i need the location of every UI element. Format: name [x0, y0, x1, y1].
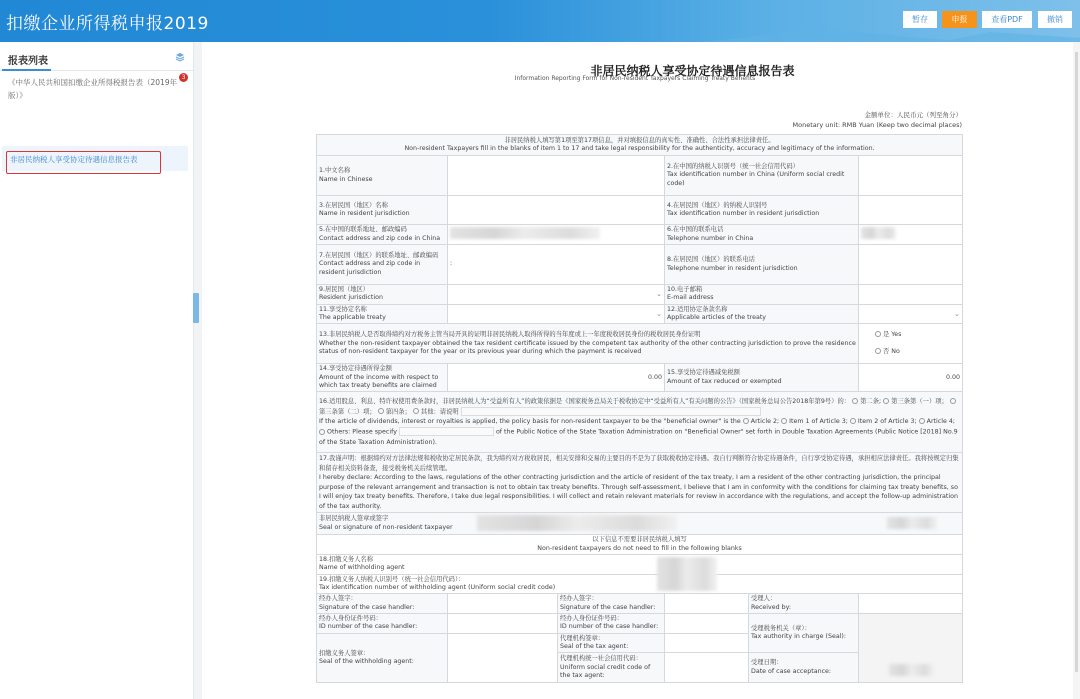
radio-circle-icon[interactable]: [743, 418, 749, 424]
field-f17-declaration: 17.我谨声明：根据缔约对方法律法规和税收协定居民条款，我为缔约对方税收居民，相…: [317, 453, 963, 513]
field-text: 6.在中国的联系电话: [667, 226, 856, 234]
label-received-by: 受理人：Received by:: [749, 594, 859, 614]
field-text: Amount of the income with respect to whi…: [319, 374, 445, 391]
label-f3: 3.在居民国（地区）名称Name in resident jurisdictio…: [317, 196, 448, 225]
table-row: 3.在居民国（地区）名称Name in resident jurisdictio…: [317, 196, 963, 225]
label-agent-handler-signature: 经办人签字：Signature of the case handler:: [558, 594, 665, 614]
select-applicable-treaty[interactable]: ⌄: [448, 304, 665, 324]
field-text: 第二条;: [860, 398, 881, 405]
label-agent-seal: 代理机构签章：Seal of the tax agent:: [558, 633, 665, 653]
field-signature: 非居民纳税人签章或签字Seal or signature of non-resi…: [317, 513, 963, 535]
radio-circle-icon[interactable]: [883, 398, 889, 404]
field-text: 经办人身份证件号码：: [319, 615, 445, 623]
field-text: 10.电子邮箱: [667, 286, 856, 294]
input-income-amount[interactable]: 0.00: [448, 364, 665, 392]
field-text: Signature of the case handler:: [319, 604, 445, 612]
intro-en: Non-resident Taxpayers fill in the blank…: [319, 145, 960, 153]
label-f4: 4.在居民国（地区）的纳税人识别号Tax identification numb…: [665, 196, 859, 225]
sidebar-collapse-handle[interactable]: [193, 293, 199, 323]
label-f15: 15.享受协定待遇减免税额Amount of tax reduced or ex…: [665, 364, 859, 392]
input-handler-signature[interactable]: [448, 594, 558, 614]
input-tax-id-china[interactable]: [859, 156, 963, 196]
field-text: 经办人签字：: [319, 595, 445, 603]
radio-circle-icon: [875, 348, 881, 354]
label-handler-id: 经办人身份证件号码：ID number of the case handler:: [317, 613, 448, 633]
field-text: Article 2;: [751, 418, 779, 425]
redacted-value: [887, 517, 937, 529]
input-telephone-resident[interactable]: [859, 245, 963, 285]
table-row: 17.我谨声明：根据缔约对方法律法规和税收协定居民条款，我为缔约对方税收居民，相…: [317, 453, 963, 513]
radio-group-f13: 是 Yes 否 No: [859, 324, 963, 364]
field-text: 经办人签字：: [560, 595, 662, 603]
field-text: 第四条；: [386, 408, 411, 415]
radio-circle-icon[interactable]: [378, 408, 384, 414]
field-text: 经办人身份证件号码：: [560, 615, 662, 623]
sidebar-item-treaty-benefits-form[interactable]: 非居民纳税人享受协定待遇信息报告表: [6, 151, 161, 174]
input-received-by[interactable]: [859, 594, 963, 614]
label-f14: 14.享受协定待遇所得金额Amount of the income with r…: [317, 364, 448, 392]
field-text: Tax authority in charge (Seal):: [751, 633, 856, 641]
field-text: 5.在中国的联系地址、邮政编码: [319, 226, 445, 234]
field-text: 受理人：: [751, 595, 856, 603]
label-withholding-agent-seal: 扣缴义务人签章：Seal of the withholding agent:: [317, 633, 448, 683]
input-tax-authority-seal[interactable]: [859, 613, 963, 682]
mountain-decoration: [700, 26, 1080, 42]
input-agent-code[interactable]: [665, 653, 749, 683]
field-text: Telephone number in resident jurisdictio…: [667, 265, 856, 273]
cancel-button[interactable]: 撤销: [1038, 11, 1072, 28]
field-text: 17.我谨声明：根据缔约对方法律法规和税收协定居民条款，我为缔约对方税收居民，相…: [319, 454, 960, 473]
radio-circle-icon: [875, 331, 881, 337]
field-text: Tax identification number in resident ju…: [667, 210, 856, 218]
label-f6: 6.在中国的联系电话Telephone number in China: [665, 225, 859, 245]
field-text: 扣缴义务人签章：: [319, 650, 445, 658]
radio-circle-icon[interactable]: [919, 418, 925, 424]
chevron-down-icon: ⌄: [954, 310, 960, 318]
field-text: Seal of the withholding agent:: [319, 658, 445, 666]
input-name-in-chinese[interactable]: [448, 156, 665, 196]
table-row: 18.扣缴义务人名称Name of withholding agent: [317, 555, 963, 575]
redacted-value: [889, 664, 934, 676]
table-row: 以下信息不需要非居民纳税人填写Non-resident taxpayers do…: [317, 535, 963, 555]
label-acceptance-date: 受理日期：Date of case acceptance:: [749, 653, 859, 683]
label-agent-code: 代理机构统一社会信用代码：Uniform social credit code …: [558, 653, 665, 683]
label-f2: 2.在中国的纳税人识别号（统一社会信用代码）Tax identification…: [665, 156, 859, 196]
field-text: Tax identification number of withholding…: [319, 584, 960, 592]
table-row: 经办人签字：Signature of the case handler: 经办人…: [317, 594, 963, 614]
field-text: Telephone number in China: [667, 235, 856, 243]
label-f7: 7.在居民国（地区）的联系地址、邮政编码Contact address and …: [317, 245, 448, 285]
input-agent-handler-id[interactable]: [665, 613, 749, 633]
monetary-unit-cn: 金额单位：人民币元（列至角分）: [865, 110, 963, 119]
table-row: 非居民纳税人填写第1项至第17项信息，并对填报信息的真实性、准确性、合法性承担法…: [317, 135, 963, 156]
field-text: 13.非居民纳税人是否取得缔约对方税务主管当局开具的证明非居民纳税人取得所得的当…: [319, 331, 856, 339]
input-tax-reduced[interactable]: 0.00: [859, 364, 963, 392]
field-text: :: [450, 260, 452, 267]
field-text: Seal of the tax agent:: [560, 643, 662, 651]
field-text: 15.享受协定待遇减免税额: [667, 369, 856, 377]
field-text: Name in Chinese: [319, 176, 445, 184]
redacted-value: [450, 227, 600, 239]
table-row: 经办人身份证件号码：ID number of the case handler:…: [317, 613, 963, 633]
declare-button[interactable]: 申报: [942, 11, 977, 28]
view-pdf-button[interactable]: 查看PDF: [982, 11, 1032, 28]
table-row: 16.适用股息、利息、特许权使用费条款时，非居民纳税人为“受益所有人”的政策依据…: [317, 392, 963, 453]
field-text: E-mail address: [667, 294, 856, 302]
field-text: Item 2 of Article 3;: [858, 418, 917, 425]
field-text: Contact address and zip code in resident…: [319, 260, 445, 277]
field-text: Tax identification number in China (Unif…: [667, 171, 856, 188]
radio-no[interactable]: 否 No: [875, 348, 960, 356]
field-text: 第三条第（二）项；: [319, 408, 376, 415]
redacted-value: [657, 557, 717, 591]
label-f8: 8.在居民国（地区）的联系电话Telephone number in resid…: [665, 245, 859, 285]
field-text: 代理机构统一社会信用代码：: [560, 655, 662, 663]
table-row: 11.享受协定名称The applicable treaty ⌄ 12.适用协定…: [317, 304, 963, 324]
field-text: 19.扣缴义务人纳税人识别号（统一社会信用代码）：: [319, 576, 960, 584]
label-agent-handler-id: 经办人身份证件号码：ID number of the case handler:: [558, 613, 665, 633]
field-text: 7.在居民国（地区）的联系地址、邮政编码: [319, 252, 445, 260]
label-f11: 11.享受协定名称The applicable treaty: [317, 304, 448, 324]
field-text: Uniform social credit code of the tax ag…: [560, 664, 662, 681]
redacted-value: [861, 227, 896, 239]
input-contact-address-china[interactable]: [448, 225, 665, 245]
field-text: 1.中文名称: [319, 167, 445, 175]
input-handler-id[interactable]: [448, 613, 558, 633]
monetary-unit-en: Monetary unit: RMB Yuan (Keep two decima…: [792, 121, 962, 129]
table-row: 19.扣缴义务人纳税人识别号（统一社会信用代码）：Tax identificat…: [317, 574, 963, 594]
radio-circle-icon[interactable]: [781, 418, 787, 424]
table-row: 7.在居民国（地区）的联系地址、邮政编码Contact address and …: [317, 245, 963, 285]
chevron-down-icon: ⌄: [656, 290, 662, 298]
scrollbar-thumb[interactable]: [1075, 52, 1078, 672]
form-subtitle: Information Reporting Form for Non-resid…: [305, 75, 965, 82]
field-text: Signature of the case handler:: [560, 604, 662, 612]
label-f5: 5.在中国的联系地址、邮政编码Contact address and zip c…: [317, 225, 448, 245]
chevron-down-icon: ⌄: [656, 310, 662, 318]
intro-cell: 非居民纳税人填写第1项至第17项信息，并对填报信息的真实性、准确性、合法性承担法…: [317, 135, 963, 156]
radio-circle-icon[interactable]: [852, 398, 858, 404]
radio-circle-icon[interactable]: [950, 398, 956, 404]
field-text: 11.享受协定名称: [319, 306, 445, 314]
field-text: Received by:: [751, 604, 856, 612]
label-f13: 13.非居民纳税人是否取得缔约对方税务主管当局开具的证明非居民纳税人取得所得的当…: [317, 324, 859, 364]
sidebar-gutter: [194, 42, 202, 699]
input-name-resident-jurisdiction[interactable]: [448, 196, 665, 225]
radio-circle-icon[interactable]: [413, 408, 419, 414]
radio-circle-icon[interactable]: [319, 429, 325, 435]
field-text: Name in resident jurisdiction: [319, 210, 445, 218]
field-text: ID number of the case handler:: [560, 623, 662, 631]
field-text: 0.00: [648, 374, 662, 381]
label-f12: 12.适用协定条款名称Applicable articles of the tr…: [665, 304, 859, 324]
field-text: Applicable articles of the treaty: [667, 314, 856, 322]
field-text: Contact address and zip code in China: [319, 235, 445, 243]
field-text: Non-resident taxpayers do not need to fi…: [319, 545, 960, 553]
field-f16: 16.适用股息、利息、特许权使用费条款时，非居民纳税人为“受益所有人”的政策依据…: [317, 392, 963, 453]
radio-circle-icon[interactable]: [850, 418, 856, 424]
redacted-signature: [477, 515, 677, 531]
input-email[interactable]: [859, 285, 963, 305]
field-text: ID number of the case handler:: [319, 623, 445, 631]
field-text: 3.在居民国（地区）名称: [319, 202, 445, 210]
input-tax-id-resident[interactable]: [859, 196, 963, 225]
label-f10: 10.电子邮箱E-mail address: [665, 285, 859, 305]
field-text: 受理税务机关（章）：: [751, 625, 856, 633]
save-draft-button[interactable]: 暂存: [903, 11, 937, 28]
field-f19: 19.扣缴义务人纳税人识别号（统一社会信用代码）：Tax identificat…: [317, 574, 963, 594]
input-other-basis-cn[interactable]: [461, 407, 761, 416]
field-text: Amount of tax reduced or exempted: [667, 378, 856, 386]
field-text: I hereby declare: According to the laws,…: [319, 473, 960, 511]
field-text: 0.00: [946, 374, 960, 381]
field-text: 第三条第（一）项；: [891, 398, 948, 405]
input-telephone-china[interactable]: [859, 225, 963, 245]
table-row: 13.非居民纳税人是否取得缔约对方税务主管当局开具的证明非居民纳税人取得所得的当…: [317, 324, 963, 364]
field-text: Whether the non-resident taxpayer obtain…: [319, 340, 856, 357]
table-row: 5.在中国的联系地址、邮政编码Contact address and zip c…: [317, 225, 963, 245]
field-text: Article 4;: [927, 418, 955, 425]
radio-yes[interactable]: 是 Yes: [875, 331, 960, 339]
field-text: 4.在居民国（地区）的纳税人识别号: [667, 202, 856, 210]
field-text: Name of withholding agent: [319, 564, 960, 572]
field-text: 以下信息不需要非居民纳税人填写: [319, 536, 960, 544]
label-handler-signature: 经办人签字：Signature of the case handler:: [317, 594, 448, 614]
field-text: 代理机构签章：: [560, 635, 662, 643]
table-row: 14.享受协定待遇所得金额Amount of the income with r…: [317, 364, 963, 392]
field-text: 14.享受协定待遇所得金额: [319, 365, 445, 373]
table-row: 1.中文名称Name in Chinese 2.在中国的纳税人识别号（统一社会信…: [317, 156, 963, 196]
top-header-bar: 扣缴企业所得税申报2019 暂存 申报 查看PDF 撤销: [0, 0, 1080, 42]
input-contact-address-resident[interactable]: :: [448, 245, 665, 285]
intro-cn: 非居民纳税人填写第1项至第17项信息，并对填报信息的真实性、准确性、合法性承担法…: [319, 137, 960, 145]
field-text: If the article of dividends, interest or…: [319, 418, 741, 425]
input-agent-handler-signature[interactable]: [665, 594, 749, 614]
field-text: 受理日期：: [751, 659, 856, 667]
input-agent-seal[interactable]: [665, 633, 749, 653]
field-text: Others: Please specify: [327, 429, 397, 436]
table-row: 9.居民国（地区）Resident jurisdiction ⌄ 10.电子邮箱…: [317, 285, 963, 305]
input-other-basis-en[interactable]: [399, 427, 494, 436]
field-text: 是 Yes: [883, 331, 901, 338]
field-text: 否 No: [883, 348, 900, 355]
input-withholding-agent-seal[interactable]: [448, 633, 558, 683]
field-text: 其他：请说明: [421, 408, 459, 415]
app-title: 扣缴企业所得税申报2019: [6, 9, 209, 34]
below-note: 以下信息不需要非居民纳税人填写Non-resident taxpayers do…: [317, 535, 963, 555]
field-text: 9.居民国（地区）: [319, 286, 445, 294]
select-resident-jurisdiction[interactable]: ⌄: [448, 285, 665, 305]
field-text: Date of case acceptance:: [751, 668, 856, 676]
field-f18: 18.扣缴义务人名称Name of withholding agent: [317, 555, 963, 575]
field-text: The applicable treaty: [319, 314, 445, 322]
treaty-benefits-form-table: 非居民纳税人填写第1项至第17项信息，并对填报信息的真实性、准确性、合法性承担法…: [316, 134, 963, 683]
field-text: 16.适用股息、利息、特许权使用费条款时，非居民纳税人为“受益所有人”的政策依据…: [319, 398, 850, 405]
layers-icon[interactable]: [175, 52, 185, 62]
field-text: 12.适用协定条款名称: [667, 306, 856, 314]
sidebar-item-withholding-report[interactable]: 《中华人民共和国扣缴企业所得税报告表（2019年版）》: [8, 76, 178, 102]
label-tax-authority: 受理税务机关（章）：Tax authority in charge (Seal)…: [749, 613, 859, 652]
field-text: 8.在居民国（地区）的联系电话: [667, 256, 856, 264]
label-f9: 9.居民国（地区）Resident jurisdiction: [317, 285, 448, 305]
field-text: Resident jurisdiction: [319, 294, 445, 302]
field-text: 18.扣缴义务人名称: [319, 556, 960, 564]
label-f1: 1.中文名称Name in Chinese: [317, 156, 448, 196]
field-text: 2.在中国的纳税人识别号（统一社会信用代码）: [667, 163, 856, 171]
report-list-sidebar: 报表列表 《中华人民共和国扣缴企业所得税报告表（2019年版）》 3 非居民纳税…: [0, 42, 194, 699]
select-applicable-articles[interactable]: ⌄: [859, 304, 963, 324]
field-text: Item 1 of Article 3;: [789, 418, 848, 425]
table-row: 非居民纳税人签章或签字Seal or signature of non-resi…: [317, 513, 963, 535]
